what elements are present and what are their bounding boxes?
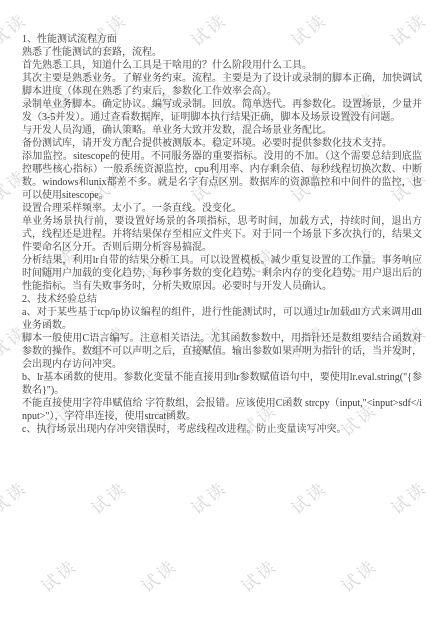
paragraph-communicate: 与开发人员沟通，确认策略。单业务大致并发数，混合场景业务配比。 [22,124,422,137]
section-1-heading: 1、性能测试流程方面 [22,33,422,46]
paragraph-item-a: a、对于某些基于tcp/ip协议编程的组件，进行性能测试时，可以通过lr加载dl… [22,306,422,332]
watermark-text: 试读 [235,552,282,597]
watermark-text: 试读 [135,552,182,597]
paragraph-c-language: 脚本一般使用C语言编写。注意相关语法。尤其函数参数中，用指针还是数组要结合函数对… [22,332,422,371]
paragraph-item-b: b、lr基本函数的使用。参数化变量不能直接用到lr参数赋值语句中，要使用lr.e… [22,371,422,397]
watermark-text: 试读 [185,474,232,519]
watermark-text: 试读 [35,552,82,597]
watermark-text: 试读 [285,474,332,519]
paragraph-monitoring: 添加监控。sitescope的使用。不同服务器的重要指标。没用的不加。（这个需要… [22,150,422,202]
paragraph-sampling: 设置合理采样频率。太小了。一条直线。没变化。 [22,202,422,215]
watermark-text: 试读 [385,474,432,519]
watermark-text: 试读 [435,552,440,597]
paragraph-business: 其次主要是熟悉业务。了解业务约束。流程。主要是为了设计或录制的脚本正确，加快调试… [22,72,422,98]
paragraph-item-c: c、执行场景出现内存冲突错误时，考虑线程改进程。防止变量读写冲突。 [22,423,422,436]
watermark-text: 试读 [435,240,440,285]
watermark-text: 试读 [435,396,440,441]
paragraph-intro: 熟悉了性能测试的套路，流程。 [22,46,422,59]
watermark-text: 试读 [85,474,132,519]
paragraph-analysis: 分析结果，利用lr自带的结果分析工具。可以设置模板。减少重复设置的工作量。事务响… [22,254,422,293]
paragraph-tools: 首先熟悉工具，知道什么工具是干啥用的？什么阶段用什么工具。 [22,59,422,72]
watermark-text: 试读 [435,84,440,129]
document-content: 1、性能测试流程方面 熟悉了性能测试的套路，流程。 首先熟悉工具，知道什么工具是… [22,33,422,436]
paragraph-scenario-setup: 单业务场景执行前，要设置好场景的各项指标，思考时间，加载方式，持续时间，退出方式… [22,215,422,254]
section-2-heading: 2、技术经验总结 [22,293,422,306]
paragraph-record-script: 录制单业务脚本。确定协议。编写或录制。回放。简单迭代。再参数化。设置场景，少量并… [22,98,422,124]
watermark-text: 试读 [335,552,382,597]
paragraph-strcpy: 不能直接使用字符串赋值给 字符数组，会报错。应该使用C函数 strcpy（inp… [22,397,422,423]
paragraph-backup: 备份测试库，请开发方配合提供被测版本。稳定环境。必要时提供参数化技术支持。 [22,137,422,150]
watermark-text: 试读 [0,474,31,519]
document-page: 试读试读试读试读试读试读试读试读试读试读试读试读试读试读试读试读试读试读试读试读… [0,0,440,620]
